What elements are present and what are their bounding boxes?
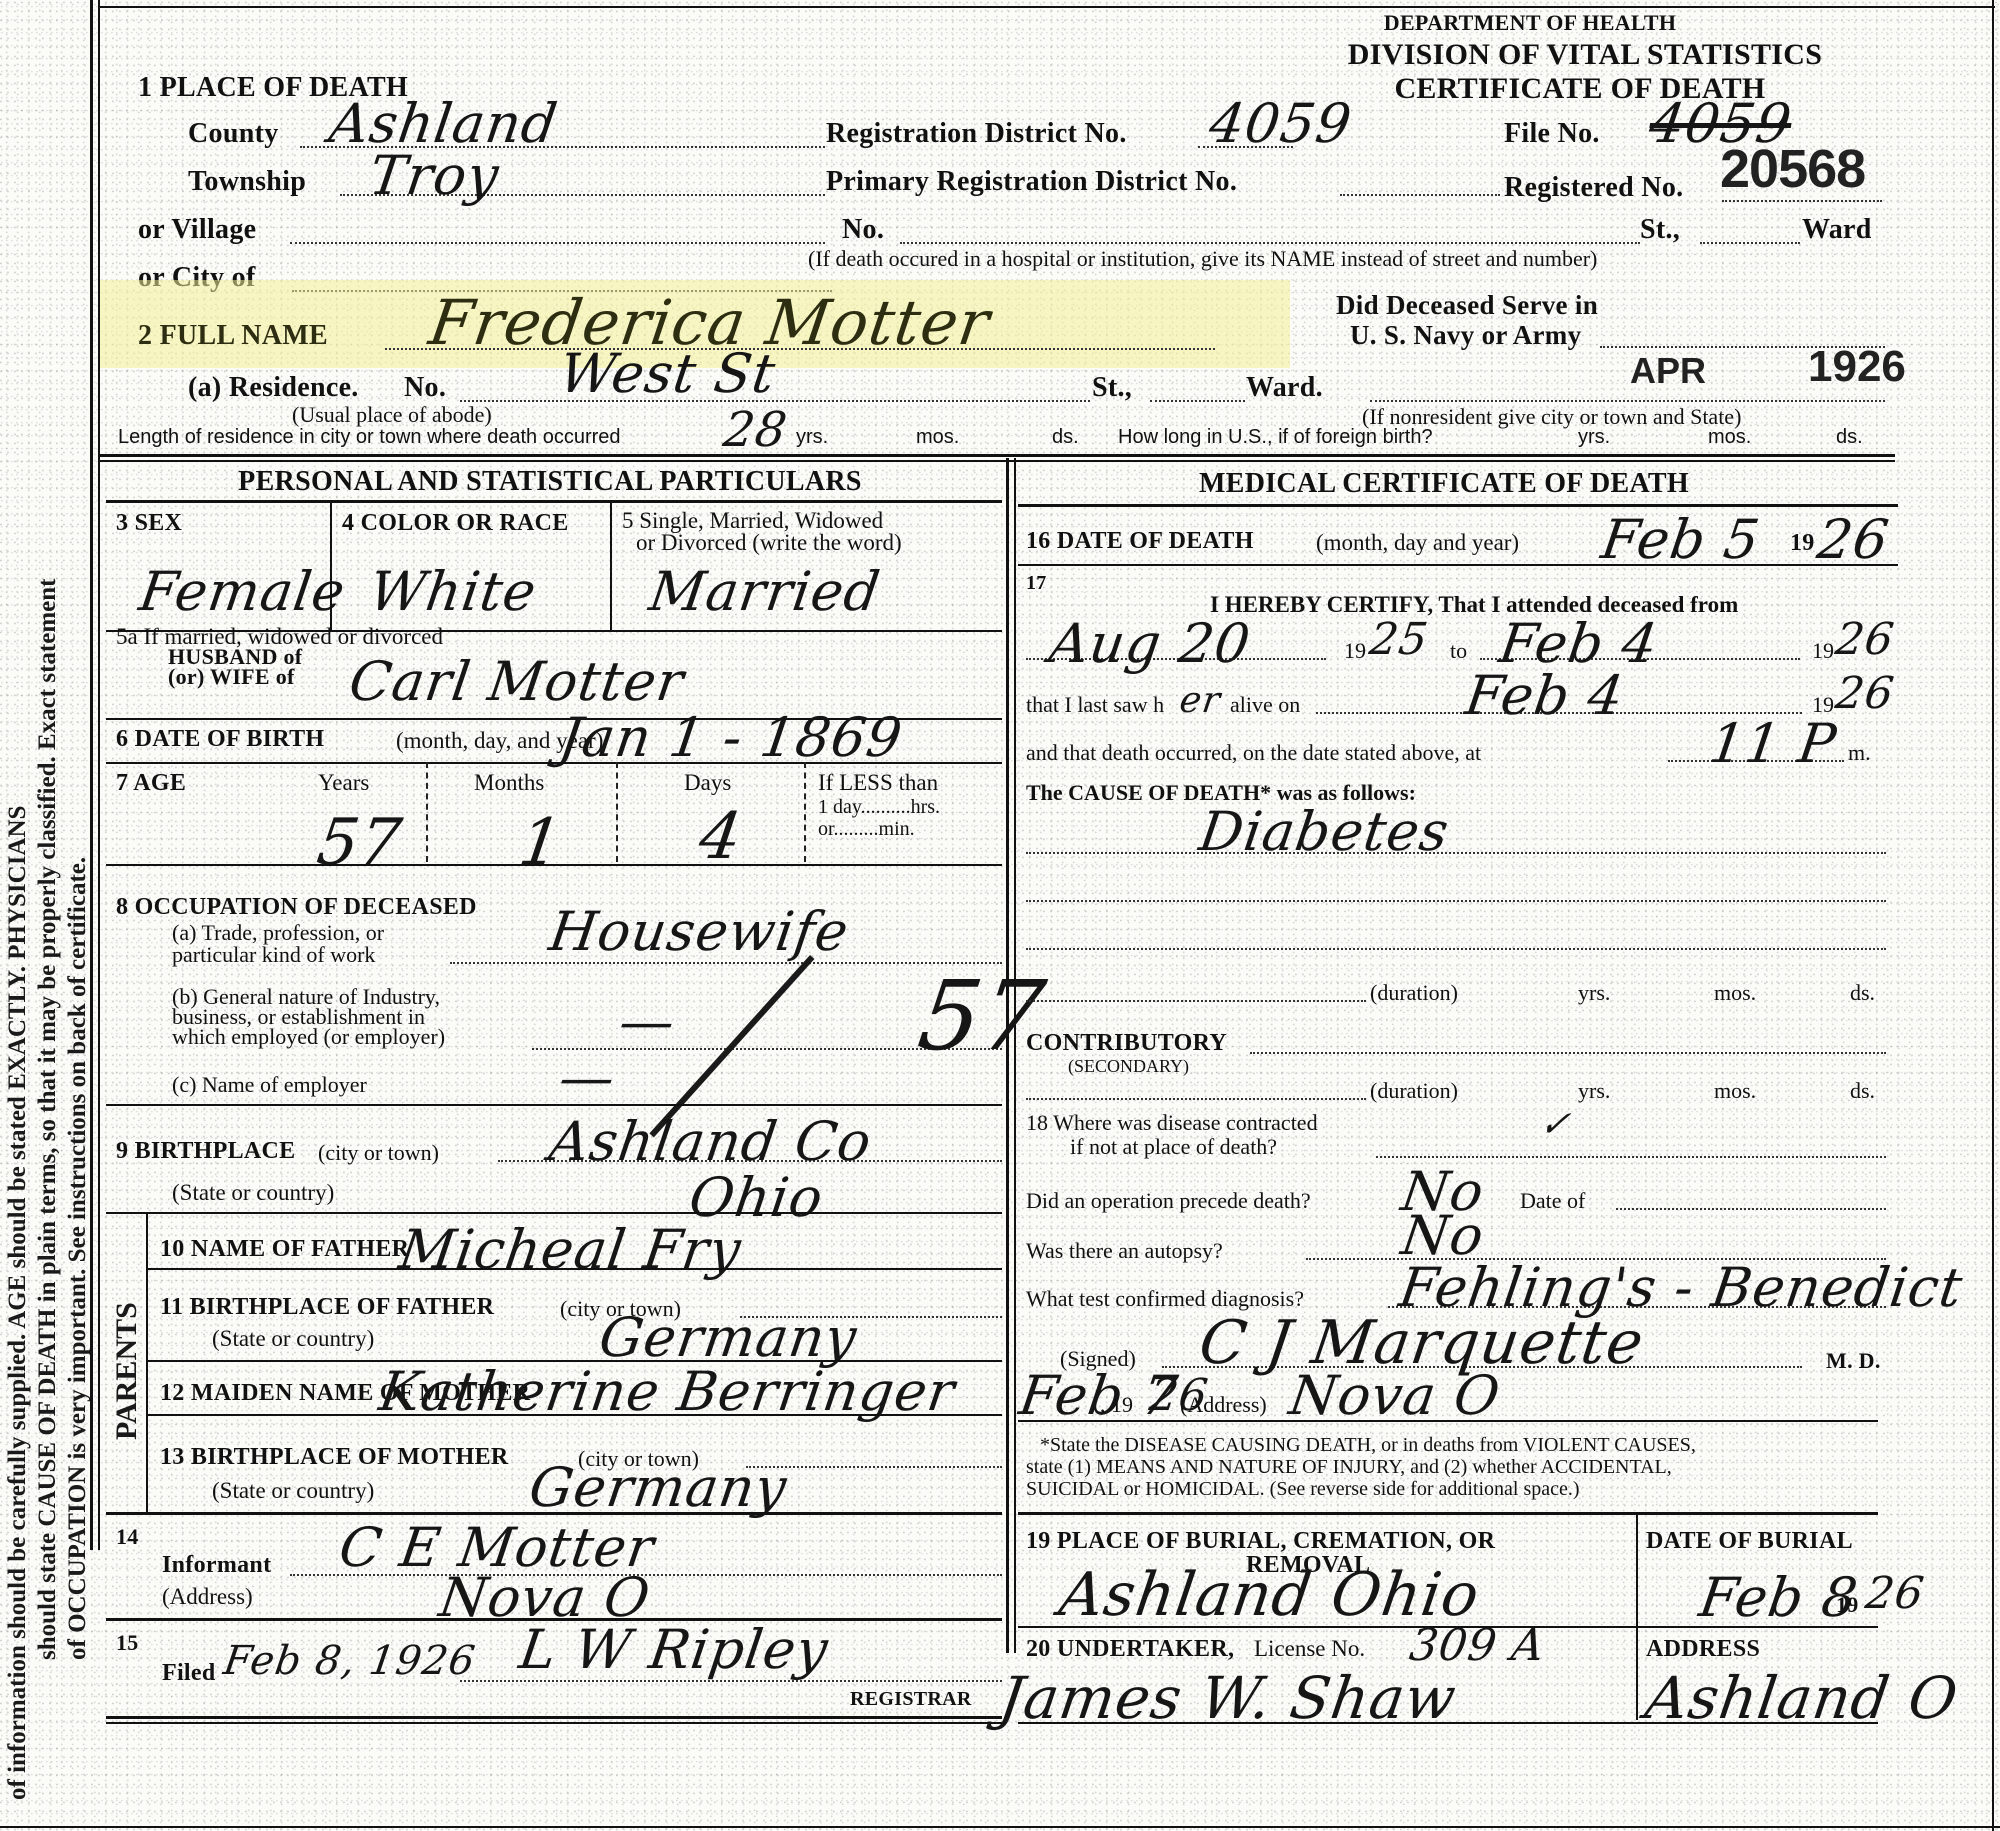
marital-label-2: or Divorced (write the word)	[636, 530, 902, 556]
last-saw-date[interactable]: Feb 4	[1462, 664, 1628, 727]
residence-ward-label: Ward.	[1246, 372, 1323, 404]
received-stamp-month: APR	[1630, 350, 1706, 392]
spouse-label-3: (or) WIFE of	[168, 664, 295, 690]
street-st-label: St.,	[1640, 214, 1680, 246]
rule-years-months	[426, 762, 428, 862]
contributory-mos-label: mos.	[1714, 1078, 1756, 1104]
dod-year-prefix: 19	[1790, 530, 1815, 557]
division-heading: DIVISION OF VITAL STATISTICS	[1270, 38, 1900, 72]
operation-date-line	[1616, 1208, 1886, 1210]
attended-to-year[interactable]: 26	[1832, 614, 1897, 665]
rule-after-mother	[148, 1414, 1002, 1416]
burial-year-prefix: 19	[1836, 1592, 1859, 1618]
informant-label: Informant	[162, 1552, 271, 1579]
q18-check[interactable]: ✓	[1537, 1104, 1574, 1145]
village-label: or Village	[138, 214, 256, 246]
dob-label: 6 DATE OF BIRTH	[116, 726, 324, 753]
last-saw-year[interactable]: 26	[1832, 668, 1897, 719]
contributory-label: CONTRIBUTORY	[1026, 1030, 1227, 1057]
last-saw-label: that I last saw h	[1026, 692, 1164, 718]
rule-sex-race	[330, 500, 332, 630]
registrar-signature[interactable]: L W Ripley	[516, 1618, 833, 1681]
personal-section-title: PERSONAL AND STATISTICAL PARTICULARS	[100, 466, 1000, 498]
residence-yrs-label: yrs.	[796, 426, 828, 449]
side-instruction-line-1: of information should be carefully suppl…	[4, 806, 32, 1800]
residence-no-label: No.	[404, 372, 446, 404]
burial-place-label-1: 19 PLACE OF BURIAL, CREMATION, OR	[1026, 1528, 1495, 1555]
rule-after-dob	[106, 762, 1002, 764]
hospital-note: (If death occured in a hospital or insti…	[808, 246, 1597, 272]
autopsy-label: Was there an autopsy?	[1026, 1238, 1223, 1264]
residence-mos-label: mos.	[916, 426, 959, 449]
rule-before-parents	[106, 1212, 1002, 1214]
father-name-value[interactable]: Micheal Fry	[396, 1218, 746, 1281]
age-months-value[interactable]: 1	[515, 806, 567, 880]
rule-before-informant	[106, 1512, 1002, 1515]
rule-main-top-2	[100, 460, 1895, 462]
footnote-line-1: *State the DISEASE CAUSING DEATH, or in …	[1040, 1434, 1696, 1457]
file-no-label: File No.	[1504, 118, 1600, 150]
contributory-duration-label: (duration)	[1370, 1078, 1458, 1104]
township-value[interactable]: Troy	[366, 144, 504, 207]
occ-a-label-2: particular kind of work	[172, 942, 375, 968]
department-heading: DEPARTMENT OF HEALTH	[1360, 10, 1700, 36]
alive-on-label: alive on	[1230, 692, 1300, 718]
township-label: Township	[188, 166, 306, 198]
us-residence-label: How long in U.S., if of foreign birth?	[1118, 426, 1433, 449]
operation-label: Did an operation precede death?	[1026, 1188, 1311, 1214]
mother-state-label: (State or country)	[212, 1478, 374, 1504]
side-instruction-line-2: should state CAUSE OF DEATH in plain ter…	[34, 579, 62, 1660]
informant-address-label: (Address)	[162, 1584, 253, 1610]
rule-after-occupation	[106, 1104, 1002, 1106]
q18-label-1: 18 Where was disease contracted	[1026, 1110, 1318, 1136]
age-days-label: Days	[684, 770, 731, 796]
md-label: M. D.	[1826, 1348, 1881, 1374]
occ-b-value[interactable]: —	[616, 990, 680, 1053]
registered-no-stamp: 20568	[1720, 138, 1865, 200]
residence-length-yrs[interactable]: 28	[720, 402, 791, 458]
frame-top-rule	[100, 6, 1995, 8]
village-line	[290, 242, 825, 244]
rule-medical-title	[1018, 504, 1898, 507]
rule-months-days	[616, 762, 618, 862]
sign-year-prefix: , 19	[1100, 1392, 1133, 1418]
parents-side-label: PARENTS	[110, 1302, 144, 1440]
last-saw-pronoun[interactable]: er	[1177, 680, 1223, 721]
undertaker-address-label: ADDRESS	[1646, 1636, 1760, 1663]
reg-district-value[interactable]: 4059	[1206, 92, 1356, 155]
filed-date-value[interactable]: Feb 8, 1926	[221, 1638, 479, 1684]
burial-date-label: DATE OF BURIAL	[1646, 1528, 1853, 1555]
cause-duration-label: (duration)	[1370, 980, 1458, 1006]
rule-bottom-left-2	[106, 1722, 1002, 1724]
occ-a-value[interactable]: Housewife	[546, 900, 853, 963]
mother-state-value[interactable]: Germany	[526, 1456, 791, 1519]
military-line-1: Did Deceased Serve in	[1336, 290, 1598, 321]
attended-from-year[interactable]: 25	[1366, 614, 1431, 665]
mother-bp-label: 13 BIRTHPLACE OF MOTHER	[160, 1444, 509, 1471]
military-line-2: U. S. Navy or Army	[1350, 320, 1581, 351]
death-time-suffix: m.	[1848, 740, 1871, 766]
marital-value[interactable]: Married	[646, 560, 885, 623]
footnote-line-3: SUICIDAL or HOMICIDAL. (See reverse side…	[1026, 1478, 1580, 1501]
street-no-line	[900, 242, 1640, 244]
street-no-label: No.	[842, 214, 884, 246]
attended-from-value[interactable]: Aug 20	[1046, 612, 1255, 675]
cause-line-2	[1026, 900, 1886, 902]
age-label: 7 AGE	[116, 770, 186, 797]
dob-value[interactable]: Jan 1 - 1869	[556, 706, 907, 769]
rule-before-burial	[1018, 1512, 1878, 1515]
birthplace-state-label: (State or country)	[172, 1180, 334, 1206]
contributory-duration-line	[1026, 1098, 1366, 1100]
cause-yrs-label: yrs.	[1578, 980, 1610, 1006]
dod-value[interactable]: Feb 5	[1598, 508, 1764, 571]
ward-label: Ward	[1802, 214, 1872, 246]
less-than-line-3: or.........min.	[818, 818, 915, 841]
burial-year-value[interactable]: 26	[1862, 1568, 1927, 1619]
q18-line	[1376, 1156, 1886, 1158]
rule-after-signature	[1018, 1420, 1878, 1422]
full-name-label: 2 FULL NAME	[138, 320, 328, 352]
medical-address-label: (Address)	[1180, 1392, 1267, 1418]
age-months-label: Months	[474, 770, 544, 796]
birthplace-hint: (city or town)	[318, 1140, 439, 1166]
father-bp-label: 11 BIRTHPLACE OF FATHER	[160, 1294, 494, 1321]
side-instruction-line-3: of OCCUPATION is very important. See ins…	[64, 857, 92, 1660]
occ-c-value[interactable]: —	[556, 1046, 620, 1109]
rule-bottom-left	[106, 1716, 1002, 1719]
registered-no-line	[1722, 200, 1882, 202]
primary-reg-label: Primary Registration District No.	[826, 166, 1237, 198]
father-name-label: 10 NAME OF FATHER	[160, 1236, 409, 1263]
frame-left-rule-inner	[98, 0, 100, 1550]
registrar-label: REGISTRAR	[850, 1688, 972, 1711]
county-label: County	[188, 118, 279, 150]
registered-no-label: Registered No.	[1504, 172, 1683, 204]
nonresident-line	[1370, 400, 1885, 402]
q18-label-2: if not at place of death?	[1070, 1134, 1277, 1160]
medical-address-value[interactable]: Nova O	[1286, 1364, 1505, 1427]
race-value[interactable]: White	[366, 560, 541, 623]
us-mos-label: mos.	[1708, 426, 1751, 449]
occ-c-label: (c) Name of employer	[172, 1072, 367, 1098]
dod-year-value[interactable]: 26	[1814, 508, 1894, 571]
us-yrs-label: yrs.	[1578, 426, 1610, 449]
reg-district-label: Registration District No.	[826, 118, 1127, 150]
secondary-label: (SECONDARY)	[1068, 1056, 1189, 1077]
occupation-label: 8 OCCUPATION OF DECEASED	[116, 894, 477, 921]
attended-to-label: to	[1450, 638, 1467, 664]
frame-right-rule	[1992, 0, 1994, 1831]
dod-label: 16 DATE OF DEATH	[1026, 528, 1254, 555]
cause-line-1	[1026, 852, 1886, 854]
rule-days-less	[804, 762, 806, 862]
received-stamp-year: 1926	[1808, 342, 1906, 392]
age-days-value[interactable]: 4	[695, 800, 747, 874]
filed-label: Filed	[162, 1660, 216, 1687]
residence-label: (a) Residence.	[188, 372, 359, 404]
medical-section-title: MEDICAL CERTIFICATE OF DEATH	[1014, 468, 1874, 500]
frame-left-rule-outer	[90, 0, 93, 1550]
rule-after-dod	[1018, 564, 1898, 566]
rule-main-top	[100, 454, 1895, 457]
rule-race-marital	[610, 500, 612, 630]
residence-ds-label: ds.	[1052, 426, 1079, 449]
abode-note: (Usual place of abode)	[292, 402, 492, 428]
cause-ds-label: ds.	[1850, 980, 1875, 1006]
residence-st-label: St.,	[1092, 372, 1132, 404]
rule-page-bottom	[0, 1826, 2000, 1828]
cause-mos-label: mos.	[1714, 980, 1756, 1006]
less-than-line-1: If LESS than	[818, 770, 938, 796]
contributory-yrs-label: yrs.	[1578, 1078, 1610, 1104]
primary-reg-line	[1340, 194, 1500, 196]
license-label: License No.	[1254, 1636, 1365, 1662]
cause-line-3	[1026, 948, 1886, 950]
rule-bottom-right	[1018, 1722, 1878, 1724]
rule-after-age	[106, 864, 1002, 866]
attended-to-year-prefix: 19	[1812, 638, 1834, 664]
us-ds-label: ds.	[1836, 426, 1863, 449]
rule-personal-title	[106, 500, 1002, 503]
footnote-line-2: state (1) MEANS AND NATURE OF INJURY, an…	[1026, 1456, 1672, 1479]
rule-burial-divider	[1636, 1514, 1638, 1720]
occ-b-label-3: which employed (or employer)	[172, 1024, 445, 1050]
contributory-ds-label: ds.	[1850, 1078, 1875, 1104]
age-years-value[interactable]: 57	[313, 806, 407, 880]
attended-from-year-prefix: 19	[1344, 638, 1366, 664]
residence-length-label: Length of residence in city or town wher…	[118, 426, 621, 449]
cause-duration-line	[1026, 1000, 1366, 1002]
operation-date-label: Date of	[1520, 1188, 1585, 1214]
informant-num: 14	[116, 1524, 139, 1550]
ward-line	[1700, 242, 1800, 244]
dod-hint: (month, day and year)	[1316, 530, 1519, 556]
sex-value[interactable]: Female	[136, 560, 350, 623]
birthplace-label: 9 BIRTHPLACE	[116, 1138, 295, 1165]
father-state-label: (State or country)	[212, 1326, 374, 1352]
age-years-label: Years	[318, 770, 369, 796]
death-time-label: and that death occurred, on the date sta…	[1026, 740, 1481, 766]
cert-num: 17	[1026, 572, 1047, 595]
death-time-value[interactable]: 11 P	[1706, 712, 1841, 775]
cause-value[interactable]: Diabetes	[1196, 800, 1454, 863]
sex-label: 3 SEX	[116, 510, 182, 537]
birthplace-value[interactable]: Ashland Co	[546, 1110, 876, 1173]
rule-parents-side	[146, 1212, 148, 1512]
spouse-value[interactable]: Carl Motter	[346, 650, 689, 713]
filed-num: 15	[116, 1630, 139, 1656]
race-label: 4 COLOR OR RACE	[342, 510, 569, 537]
rule-after-father	[148, 1268, 1002, 1270]
contributory-line	[1250, 1052, 1886, 1054]
residence-ward-line	[1150, 400, 1245, 402]
residence-value[interactable]: West St	[556, 342, 780, 405]
undertaker-label: 20 UNDERTAKER,	[1026, 1636, 1234, 1663]
less-than-line-2: 1 day..........hrs.	[818, 796, 940, 819]
